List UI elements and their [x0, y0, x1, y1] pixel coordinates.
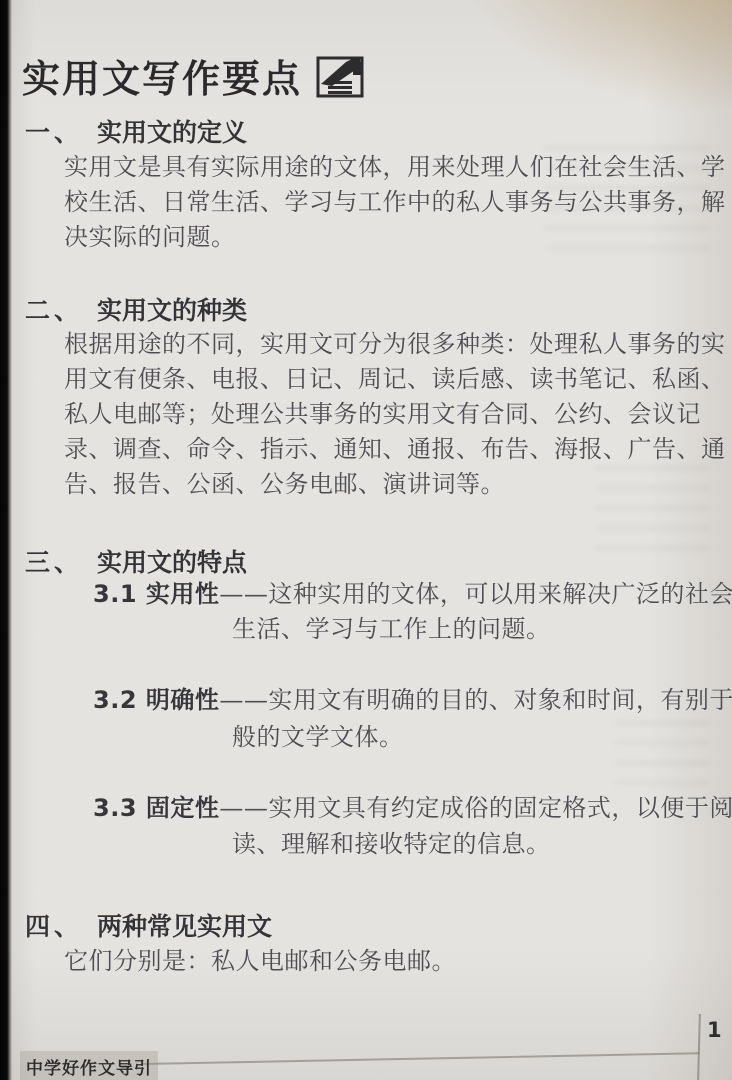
section-number: 四、 — [25, 907, 83, 943]
body-line: 用文有便条、电报、日记、周记、读后感、读书笔记、私函、 — [64, 363, 726, 395]
body-line: 决实际的问题。 — [64, 221, 236, 253]
textbook-page-photo: 实用文写作要点 一、 实用文的定义 实用文是具有实际用途的文体，用来处理人们在社… — [0, 0, 732, 1080]
feature-label: 3.1 实用性 — [93, 580, 219, 608]
body-line: 录、调查、命令、指示、通知、通报、布告、海报、广告、通 — [64, 433, 726, 465]
section-number: 三、 — [25, 543, 83, 579]
photo-edge-shadow — [0, 0, 12, 1080]
feature-line: 般的文学文体。 — [232, 721, 404, 757]
feature-text: 读、理解和接收特定的信息。 — [232, 830, 551, 858]
section-heading-text: 实用文的种类 — [97, 291, 247, 327]
section-heading-2: 二、 实用文的种类 — [25, 291, 247, 327]
body-line: 它们分别是：私人电邮和公务电邮。 — [64, 945, 456, 977]
body-line: 告、报告、公函、公务电邮、演讲词等。 — [64, 468, 505, 500]
page-title: 实用文写作要点 — [22, 48, 302, 103]
feature-text: 般的文学文体。 — [232, 723, 404, 751]
section-heading-text: 两种常见实用文 — [97, 907, 272, 943]
section-heading-1: 一、 实用文的定义 — [25, 113, 247, 149]
feature-line: 读、理解和接收特定的信息。 — [232, 828, 551, 864]
body-line: 实用文是具有实际用途的文体，用来处理人们在社会生活、学 — [64, 151, 726, 183]
feature-line: 3.2 明确性——实用文有明确的目的、对象和时间，有别于一 — [93, 684, 732, 720]
page-title-row: 实用文写作要点 — [22, 48, 368, 103]
body-line: 根据用途的不同，实用文可分为很多种类：处理私人事务的实 — [64, 328, 726, 360]
section-heading-text: 实用文的定义 — [97, 113, 247, 149]
feature-label: 3.3 固定性 — [93, 794, 219, 822]
feature-line: 3.3 固定性——实用文具有约定成俗的固定格式，以便于阅 — [93, 792, 732, 828]
feature-line: 3.1 实用性——这种实用的文体，可以用来解决广泛的社会、 — [93, 578, 732, 614]
section-heading-3: 三、 实用文的特点 — [25, 543, 247, 579]
bleed-through-smudge — [595, 460, 710, 550]
page-number: 1 — [707, 1018, 722, 1042]
section-heading-text: 实用文的特点 — [97, 543, 247, 579]
feature-text: ——实用文有明确的目的、对象和时间，有别于一 — [219, 686, 732, 714]
footer-rule — [142, 1052, 699, 1065]
section-number: 二、 — [25, 291, 83, 327]
pen-writing-icon — [316, 54, 368, 100]
book-title: 中学好作文导引 — [20, 1051, 158, 1080]
bleed-through-smudge — [615, 715, 710, 785]
feature-label: 3.2 明确性 — [93, 686, 219, 714]
section-number: 一、 — [25, 113, 83, 149]
body-line: 校生活、日常生活、学习与工作中的私人事务与公共事务，解 — [64, 186, 726, 218]
section-heading-4: 四、 两种常见实用文 — [25, 907, 272, 943]
feature-line: 生活、学习与工作上的问题。 — [232, 613, 551, 649]
feature-text: ——这种实用的文体，可以用来解决广泛的社会、 — [219, 580, 732, 608]
feature-text: ——实用文具有约定成俗的固定格式，以便于阅 — [219, 794, 732, 822]
page-number-rule — [697, 1014, 701, 1080]
body-line: 私人电邮等；处理公共事务的实用文有合同、公约、会议记 — [64, 398, 701, 430]
feature-text: 生活、学习与工作上的问题。 — [232, 615, 551, 643]
